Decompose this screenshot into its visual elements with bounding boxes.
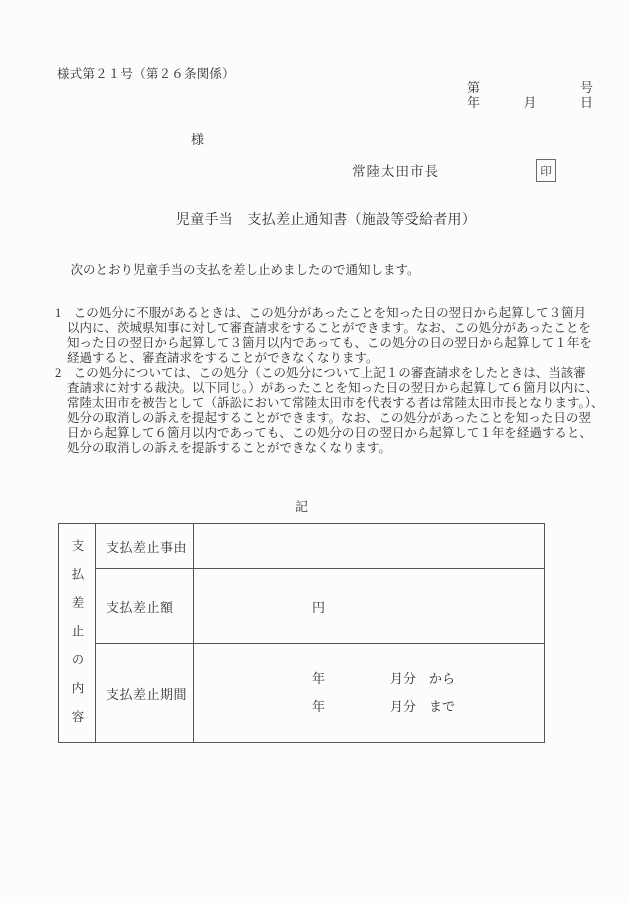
table-label-suspension-reason: 支払差止事由 [96,524,193,568]
date-month-label: 月 [523,95,536,110]
doc-number-block: 第 号 年 月 日 [467,80,593,110]
addressee-honorific: 様 [191,129,204,148]
seal-mark: 印 [540,163,552,179]
suspension-details-table: 支払差止の内容 支払差止事由 支払差止額 円 支払差止期間 年 月分 から 年 … [58,523,545,743]
issuer-name: 常陸太田市長 [352,160,439,180]
form-number: 様式第２１号（第２６条関係） [57,64,235,82]
legal-notice-paragraph-2: 2 この処分については、この処分（この処分について上記１の審査請求をしたときは、… [55,366,630,456]
doc-number-line: 第 号 [467,80,593,95]
document-title: 児童手当 支払差止通知書（施設等受給者用） [11,209,630,229]
table-value-suspension-reason [193,524,544,568]
row-group-label: 支払差止の内容 [68,539,86,739]
table-row-group-cell: 支払差止の内容 [59,524,96,742]
seal-box: 印 [536,159,556,182]
table-label-suspension-period: 支払差止期間 [96,643,193,742]
document-page: 様式第２１号（第２６条関係） 第 号 年 月 日 様 常陸太田市長 印 児童手当… [0,0,630,903]
doc-number-prefix-label: 第 [467,80,480,95]
legal-notice-paragraph-1: 1 この処分に不服があるときは、この処分があったことを知った日の翌日から起算して… [55,306,630,366]
date-day-label: 日 [580,95,593,110]
table-value-suspension-amount: 円 [193,568,544,643]
note-heading: 記 [58,496,545,515]
table-label-suspension-amount: 支払差止額 [96,568,193,643]
intro-paragraph: 次のとおり児童手当の支払を差し止めましたので通知します。 [58,260,420,278]
doc-number-suffix-label: 号 [580,80,593,95]
date-line: 年 月 日 [467,95,593,110]
date-year-label: 年 [467,95,480,110]
table-value-suspension-period: 年 月分 から 年 月分 まで [193,643,544,742]
